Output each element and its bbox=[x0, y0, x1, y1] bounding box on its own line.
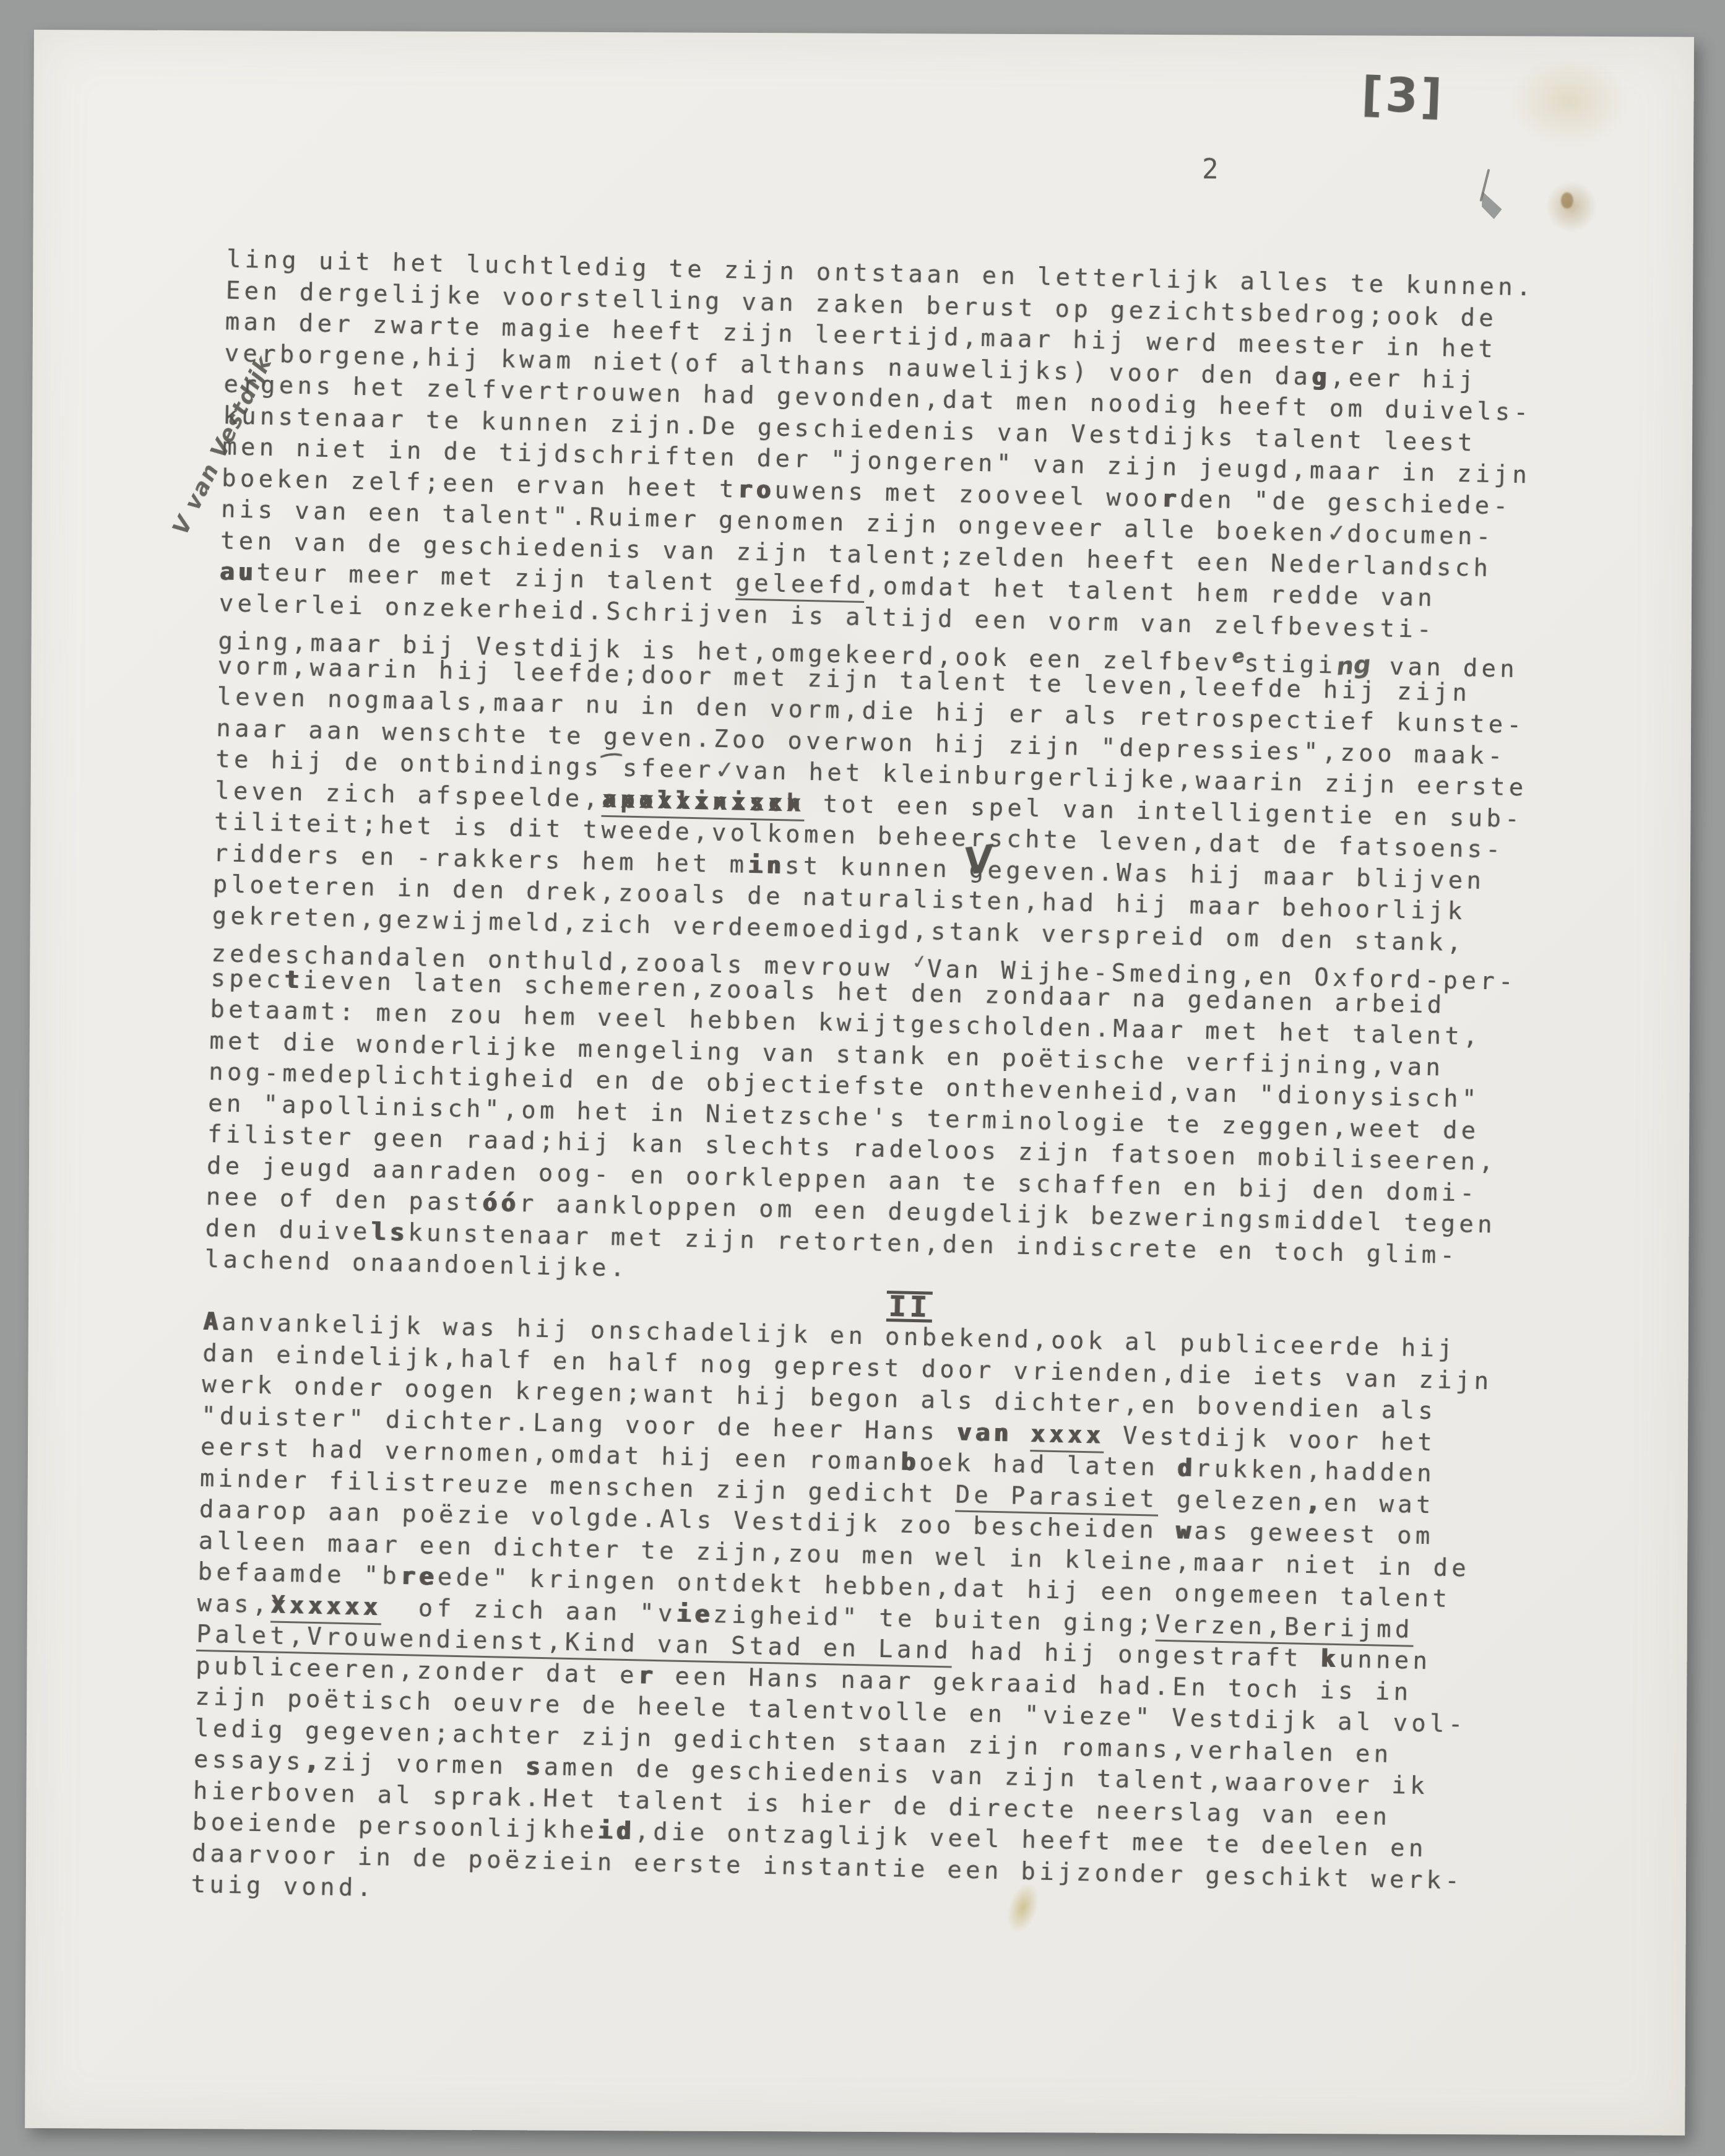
handwritten-corner-mark: [3] bbox=[1360, 66, 1446, 124]
pencil-correction: ⁀ bbox=[602, 752, 624, 785]
overstruck-text: in bbox=[748, 851, 785, 879]
pencil-correction: ✓ bbox=[1325, 517, 1348, 550]
overstruck-text: s bbox=[525, 1752, 545, 1781]
overstruck-text: A bbox=[203, 1308, 222, 1336]
overstruck-text: g bbox=[1312, 363, 1331, 391]
struck-out-word: apollinischxxxxxxxxxxx bbox=[602, 784, 805, 821]
underlined-title: De Parasiet bbox=[955, 1481, 1159, 1516]
paper-stain bbox=[1561, 193, 1573, 209]
underlined-title: Verzen, bbox=[1155, 1610, 1285, 1644]
overstruck-text: re bbox=[400, 1562, 438, 1591]
overstruck-text: , bbox=[304, 1748, 323, 1777]
page-number: 2 bbox=[1202, 154, 1219, 185]
overstruck-text: r bbox=[1161, 485, 1180, 513]
overstruck-text: d bbox=[1177, 1454, 1196, 1483]
paper-sheet: [3] 2 V van Vestdijk ling uit het luchtl… bbox=[25, 30, 1694, 2136]
strikeout-overlay: xxxxxxxxxxx bbox=[602, 784, 805, 820]
underlined-title: Palet, bbox=[196, 1621, 308, 1654]
strikeout-overlay: xxxxxx bbox=[270, 1590, 382, 1623]
pencil-insertion: ✓ bbox=[909, 946, 930, 979]
pencil-correction: ✓ bbox=[714, 755, 737, 787]
pencil-insertion: e bbox=[1230, 641, 1247, 673]
overstruck-text: t bbox=[284, 966, 303, 994]
overstruck-text: w bbox=[1175, 1517, 1195, 1545]
overstruck-text: óó bbox=[482, 1189, 520, 1218]
overstruck-text: ls bbox=[371, 1218, 409, 1246]
struck-out-word: Xxxxxxxxxxxx bbox=[270, 1590, 382, 1625]
paper-stain bbox=[1544, 179, 1599, 235]
overstruck-text: b bbox=[901, 1448, 920, 1477]
overstruck-text: k bbox=[1320, 1645, 1339, 1673]
overstruck-text: ro bbox=[737, 475, 775, 504]
struck-out-word: xxxxxxxx bbox=[1030, 1419, 1104, 1453]
pencil-correction: ng bbox=[1335, 649, 1372, 683]
overstruck-text: ie bbox=[676, 1600, 714, 1628]
overstruck-text: r bbox=[638, 1661, 657, 1690]
paper-stain bbox=[1507, 54, 1631, 148]
overstruck-text: id bbox=[597, 1817, 635, 1845]
pencil-overlay-letter: V bbox=[962, 843, 995, 878]
overstruck-text: , bbox=[1305, 1488, 1325, 1517]
overstruck-text: au bbox=[219, 558, 257, 586]
strikeout-overlay: xxxx bbox=[1030, 1419, 1104, 1452]
underlined-title: geleefd bbox=[735, 569, 865, 603]
overstruck-text: van bbox=[956, 1418, 1012, 1447]
pencil-overwritten-text: geV bbox=[969, 854, 1006, 886]
section-heading: II bbox=[886, 1291, 933, 1323]
typewritten-text-block: ling uit het luchtledig te zijn ontstaan… bbox=[191, 244, 1638, 1931]
underlined-title: Berijmd bbox=[1284, 1613, 1414, 1647]
scanned-document: { "document": { "corner_mark": "[3]", "p… bbox=[0, 0, 1725, 2156]
